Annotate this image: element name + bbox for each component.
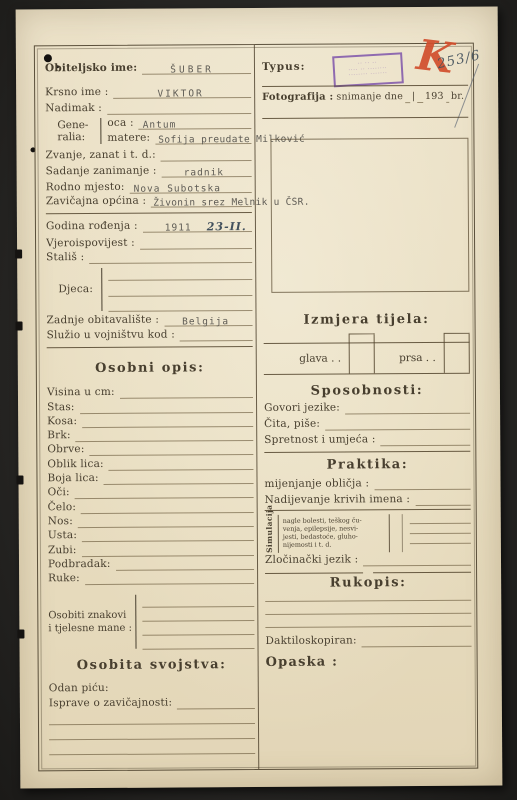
glava-label: glava . . <box>264 352 349 365</box>
prsa-label: prsa . . <box>375 352 444 364</box>
field-label: Oblik lica: <box>47 458 103 471</box>
field-label: Nadimak : <box>45 102 102 115</box>
blank-line <box>405 91 410 103</box>
blank-line: Živonin srez Melnik u ČSR. <box>151 193 252 208</box>
field-zubi: Zubi: <box>48 541 254 557</box>
field-label: Boja lica: <box>47 472 98 485</box>
typed-value: 1911 <box>165 222 192 233</box>
field-label: Spretnost i umjeća : <box>264 433 375 447</box>
blank-line <box>120 384 253 399</box>
blank-line <box>265 626 471 628</box>
simulacija-block: Simulacija nagle bolesti, teškog ču- ven… <box>265 514 471 553</box>
field-label: Odan piću: <box>49 682 109 695</box>
simulacija-description: nagle bolesti, teškog ču- venja, epileps… <box>278 514 390 553</box>
field-label: Godina rođenja : <box>46 220 138 234</box>
blank-line: Nova Subotska <box>130 179 252 194</box>
blank-line <box>265 600 471 602</box>
field-label: Daktiloskopiran: <box>265 634 356 648</box>
field-label: Kosa: <box>47 415 77 428</box>
field-mijenjanje-oblicja: mijenjanje obličja : <box>264 477 470 491</box>
simulacija-answer-lines <box>402 514 471 552</box>
field-label: Zavičajna općina : <box>46 195 146 209</box>
blank-line: Sofija preudate Milković <box>155 130 251 145</box>
znakovi-lines <box>142 593 254 650</box>
field-matere: matere: Sofija preudate Milković <box>107 131 251 145</box>
simulacija-vertical-label: Simulacija <box>265 515 275 553</box>
column-divider-line <box>254 45 259 769</box>
foto-year: 193 <box>425 90 444 103</box>
field-label: Fotografija : <box>262 91 333 104</box>
foto-br-label: br. <box>451 90 464 103</box>
blank-line <box>108 266 252 281</box>
field-nos: Nos: <box>48 513 254 529</box>
typed-value: Antum <box>143 120 177 131</box>
generalia-label-line: Gene- <box>57 119 97 131</box>
field-label: mijenjanje obličja : <box>264 477 369 491</box>
field-obrve: Obrve: <box>47 441 253 457</box>
blank-line <box>140 235 252 250</box>
body-measurements-table: glava . . prsa . . <box>264 342 470 375</box>
field-label: Nadijevanje krivih imena : <box>265 493 411 507</box>
blank-line <box>49 723 255 725</box>
field-fotografija: Fotografija : snimanje dne | 193 br. <box>262 90 468 104</box>
field-govori-jezike: Govori jezike: <box>264 401 470 415</box>
field-label: Obrve: <box>47 444 84 457</box>
foto-text: snimanje dne <box>336 90 403 103</box>
blank-line <box>415 492 471 506</box>
section-rule <box>262 117 468 119</box>
blank-line <box>161 147 252 162</box>
field-ruke: Ruke: <box>48 570 254 586</box>
section-rule <box>265 509 471 511</box>
blank-line <box>142 621 254 636</box>
blank-line <box>116 556 255 571</box>
field-stalis: Stališ : <box>46 250 252 264</box>
izmjera-tijela-heading: Izmjera tijela: <box>263 312 469 329</box>
field-label: Brk: <box>47 429 71 442</box>
blank-line <box>107 100 251 115</box>
blank-line: VIKTOR <box>113 84 251 99</box>
blank-line <box>381 432 471 447</box>
field-odan-picu: Odan piću: <box>49 681 255 695</box>
blank-line <box>363 552 471 567</box>
field-zavicajna-opcina: Zavičajna općina : Živonin srez Melnik u… <box>46 194 252 208</box>
field-osobiti-znakovi: Osobiti znakovi i tjelesne mane : <box>48 593 254 650</box>
field-kriva-imena: Nadijevanje krivih imena : <box>265 493 471 507</box>
field-rodno-mjesto: Rodno mjesto: Nova Subotska <box>46 180 252 194</box>
foto-divider: | <box>412 90 415 103</box>
field-label: Vjeroispovijest : <box>46 237 135 251</box>
field-oci: Oči: <box>48 484 254 500</box>
field-label: Stališ : <box>46 251 84 264</box>
field-oblik-lica: Oblik lica: <box>47 456 253 472</box>
left-column: Obiteljsko ime: ŠUBER Krsno ime : VIKTOR… <box>45 45 255 755</box>
section-rule-broken <box>265 572 471 573</box>
field-label: Ruke: <box>48 572 80 585</box>
field-label: Krsno ime : <box>45 86 108 99</box>
blank-line: ŠUBER <box>142 60 251 75</box>
section-rule <box>264 451 470 453</box>
sposobnosti-heading: Sposobnosti: <box>264 383 470 400</box>
blank-line <box>417 91 423 103</box>
rule-segment <box>265 572 363 574</box>
blank-line <box>142 635 254 650</box>
blank-line <box>82 527 254 542</box>
blank-line <box>49 738 255 740</box>
field-label: Visina u cm: <box>47 386 115 399</box>
binding-mark <box>17 629 24 638</box>
blank-line <box>109 456 254 471</box>
blank-line: Belgija <box>164 312 253 327</box>
praktika-heading: Praktika: <box>264 457 470 474</box>
blank-line <box>410 532 471 534</box>
blank-line <box>374 476 470 491</box>
blank-line <box>345 400 470 415</box>
blank-line <box>446 91 449 103</box>
field-label: Typus: <box>262 61 306 74</box>
field-label: Obiteljsko ime: <box>45 62 137 76</box>
field-label: Zvanje, zanat i t. d.: <box>45 149 155 163</box>
section-rule <box>262 85 468 87</box>
section-rule <box>46 212 252 214</box>
blank-line <box>82 542 254 557</box>
field-usta: Usta: <box>48 527 254 543</box>
field-vjeroispovijest: Vjeroispovijest : <box>46 236 252 250</box>
field-celo: Čelo: <box>48 498 254 514</box>
field-label: Govori jezike: <box>264 402 340 415</box>
blank-line <box>49 753 255 755</box>
blank-line <box>85 570 254 585</box>
field-label: Djeca: <box>58 283 98 296</box>
blank-line: Antum <box>139 115 252 130</box>
blank-line <box>180 327 253 341</box>
blank-line <box>325 416 470 431</box>
field-label: Čelo: <box>48 501 77 514</box>
simulacija-text-line: nijemosti i t. d. <box>283 541 385 549</box>
blank-line: radnik <box>162 163 252 178</box>
section-rule <box>47 346 253 348</box>
field-label: Rodno mjesto: <box>46 181 125 194</box>
field-godina-rodjenja: Godina rođenja : 1911 23-II. <box>46 219 252 233</box>
field-typus: Typus: <box>262 60 468 74</box>
typed-value: VIKTOR <box>157 88 203 99</box>
opaska-heading: Opaska : <box>266 654 472 671</box>
field-label: Sadanje zanimanje : <box>46 165 157 179</box>
field-spretnost: Spretnost i umjeća : <box>264 433 470 447</box>
blank-line <box>75 484 254 499</box>
scanned-form-page: ·· ·· ·· ···· ·· ········ ········ ·····… <box>16 7 503 789</box>
field-label: Isprave o zavičajnosti: <box>49 697 172 711</box>
rukopis-heading: Rukopis: <box>265 575 471 592</box>
field-daktiloskopiran: Daktiloskopiran: <box>265 634 471 648</box>
blank-line <box>82 413 253 428</box>
field-label: matere: <box>107 132 150 145</box>
djeca-lines <box>108 266 252 312</box>
printed-border-frame: ·· ·· ·· ···· ·· ········ ········ ·····… <box>34 43 478 772</box>
glava-value-cell <box>349 343 375 373</box>
field-label: oca : <box>107 117 133 130</box>
blank-line <box>142 593 254 608</box>
typed-value: radnik <box>184 167 224 178</box>
bracket-line <box>135 595 136 649</box>
blank-line <box>104 470 254 485</box>
field-label: Stas: <box>47 401 75 414</box>
field-vojnistvo: Služio u vojništvu kod : <box>47 328 253 342</box>
field-label: Usta: <box>48 529 77 542</box>
field-generalia: Gene- ralia: oca : Antum matere: Sofija … <box>57 116 251 145</box>
field-label: Podbradak: <box>48 558 111 571</box>
bracket-line <box>100 118 101 144</box>
field-label: Služio u vojništvu kod : <box>47 329 175 343</box>
field-zanimanje: Sadanje zanimanje : radnik <box>46 164 252 178</box>
blank-line <box>362 633 472 648</box>
blank-line <box>78 513 254 528</box>
blank-line <box>90 442 254 457</box>
blank-line: 1911 23-II. <box>143 218 252 233</box>
blank-line <box>177 695 255 709</box>
typed-value: ŠUBER <box>170 64 214 75</box>
field-label: Zubi: <box>48 544 77 557</box>
field-nadimak: Nadimak : <box>45 101 251 115</box>
generalia-label-line: ralia: <box>57 131 97 143</box>
rule-segment <box>373 572 471 574</box>
field-visina: Visina u cm: <box>47 384 253 400</box>
field-krsno-ime: Krsno ime : VIKTOR <box>45 85 251 99</box>
field-obitavaliste: Zadnje obitavalište : Belgija <box>46 313 252 327</box>
field-brk: Brk: <box>47 427 253 443</box>
field-cita-pise: Čita, piše: <box>264 417 470 431</box>
blank-line <box>81 499 254 514</box>
field-kosa: Kosa: <box>47 413 253 429</box>
handwritten-value: 23-II. <box>207 220 247 233</box>
generalia-label: Gene- ralia: <box>57 117 97 145</box>
osobita-svojstva-heading: Osobita svojstva: <box>49 657 255 674</box>
bracket-line <box>101 268 102 311</box>
field-isprave: Isprave o zavičajnosti: <box>49 696 255 710</box>
field-label: Zadnje obitavalište : <box>46 314 159 328</box>
blank-line <box>108 297 252 312</box>
field-label: Čita, piše: <box>264 418 320 431</box>
field-label: Osobiti znakovi i tjelesne mane : <box>48 594 132 651</box>
field-oca: oca : Antum <box>107 116 251 130</box>
field-zvanje: Zvanje, zanat i t. d.: <box>45 148 251 162</box>
blank-line <box>410 522 471 524</box>
field-djeca: Djeca: <box>58 266 252 312</box>
field-label-line: i tjelesne mane : <box>48 622 132 636</box>
osobni-opis-heading: Osobni opis: <box>47 360 253 377</box>
field-zlocinacki-jezik: Zločinački jezik : <box>265 553 471 567</box>
field-stas: Stas: <box>47 398 253 414</box>
field-podbradak: Podbradak: <box>48 556 254 572</box>
photo-placeholder-box <box>270 138 469 293</box>
right-column: Typus: Fotografija : snimanje dne | 193 … <box>262 44 472 671</box>
blank-line <box>80 399 253 414</box>
typed-value: Belgija <box>182 316 229 327</box>
blank-line <box>76 427 254 442</box>
generalia-rows: oca : Antum matere: Sofija preudate Milk… <box>107 116 251 145</box>
binding-mark <box>15 249 22 258</box>
field-label: Zločinački jezik : <box>265 553 358 567</box>
field-label-line: Osobiti znakovi <box>48 609 132 623</box>
field-label: Oči: <box>48 487 70 500</box>
blank-line <box>265 613 471 615</box>
prsa-value-cell <box>444 343 470 373</box>
blank-line <box>410 542 471 544</box>
field-label: Nos: <box>48 515 73 528</box>
binding-mark <box>16 475 23 484</box>
field-boja-lica: Boja lica: <box>47 470 253 486</box>
field-obiteljsko-ime: Obiteljsko ime: ŠUBER <box>45 61 251 75</box>
blank-line <box>142 607 254 622</box>
binding-mark <box>16 321 23 330</box>
blank-line <box>89 249 252 264</box>
blank-line <box>108 282 252 297</box>
